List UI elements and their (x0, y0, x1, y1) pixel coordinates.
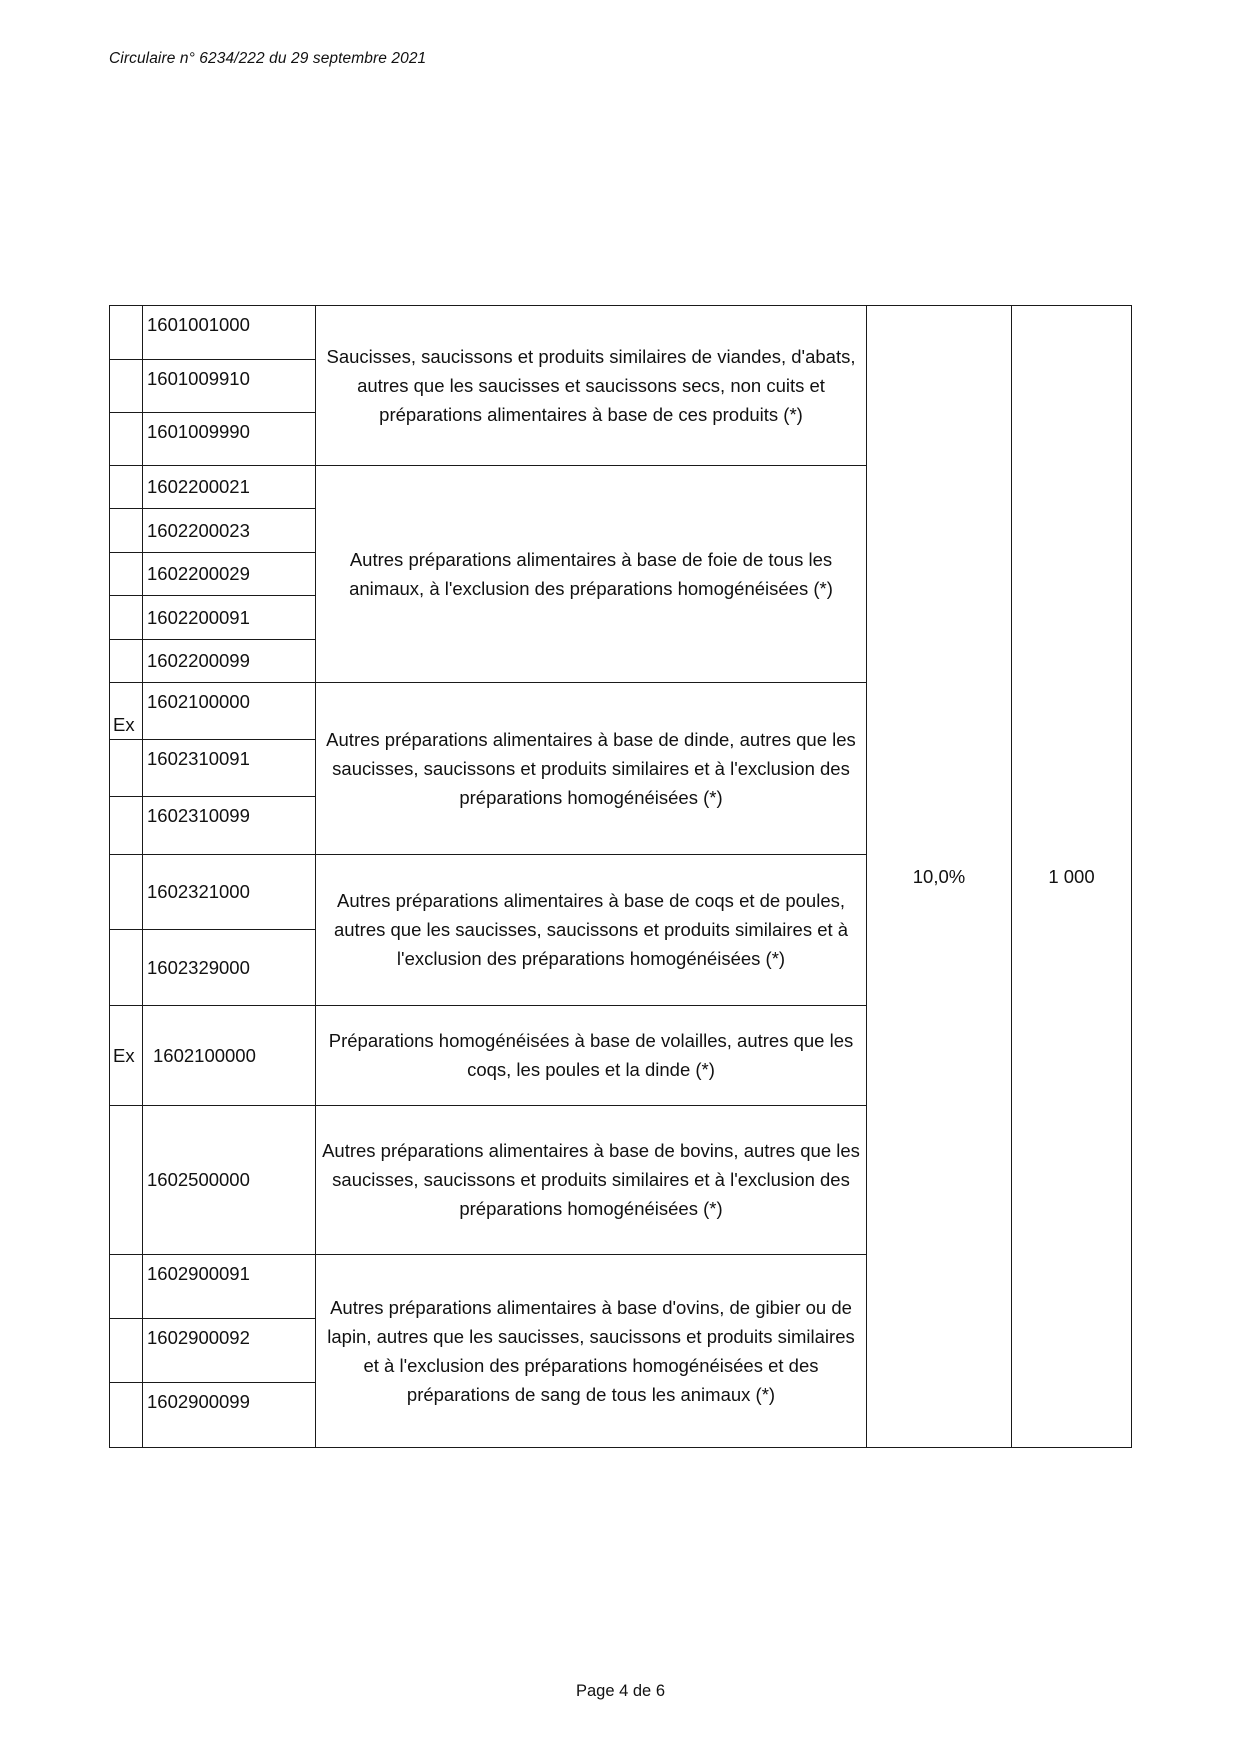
ex-marker-cell (110, 797, 143, 855)
ex-marker-cell (110, 596, 143, 640)
tariff-code-cell: 1602310099 (143, 797, 316, 855)
tariff-code-cell: 1602310091 (143, 739, 316, 797)
tariff-code: 1602900099 (147, 1383, 315, 1416)
tariff-code-cell: 1601001000 (143, 306, 316, 360)
tariff-code: 1602900091 (147, 1255, 315, 1288)
ex-marker-cell (110, 306, 143, 360)
tariff-code-cell: 1602200099 (143, 639, 316, 683)
tariff-code-cell: 1602100000 (143, 683, 316, 740)
tariff-code: 1602100000 (147, 683, 315, 716)
ex-marker-cell (110, 739, 143, 797)
tariff-code: 1601009910 (147, 360, 315, 393)
tariff-code: 1602100000 (153, 1045, 256, 1066)
ex-marker-cell (110, 412, 143, 465)
tariff-code: 1602200091 (147, 607, 250, 628)
tariff-code: 1601001000 (147, 306, 315, 339)
product-description-cell: Autres préparations alimentaires à base … (316, 854, 867, 1006)
product-description-cell: Saucisses, saucissons et produits simila… (316, 306, 867, 466)
product-description-cell: Autres préparations alimentaires à base … (316, 465, 867, 683)
ex-marker-cell (110, 1382, 143, 1448)
tariff-code-cell: 1602200023 (143, 509, 316, 553)
ex-marker-cell: Ex (110, 683, 143, 740)
product-description-cell: Autres préparations alimentaires à base … (316, 1105, 867, 1255)
tariff-code-cell: 1602329000 (143, 929, 316, 1006)
product-description-cell: Autres préparations alimentaires à base … (316, 683, 867, 855)
document-header: Circulaire n° 6234/222 du 29 septembre 2… (109, 50, 426, 68)
tariff-code: 1602321000 (147, 881, 250, 902)
tariff-code: 1602900092 (147, 1319, 315, 1352)
tariff-code-cell: 1602900099 (143, 1382, 316, 1448)
ex-marker-cell (110, 1105, 143, 1255)
ex-marker-cell (110, 509, 143, 553)
tariff-code: 1602310091 (147, 740, 315, 773)
tariff-code: 1602200029 (147, 563, 250, 584)
tariff-code: 1602329000 (147, 957, 250, 978)
quantity-cell: 1 000 (1012, 306, 1132, 1448)
tariff-code: 1602200021 (147, 476, 250, 497)
ex-marker-cell (110, 639, 143, 683)
ex-marker-cell (110, 854, 143, 929)
tariff-code-cell: 1602500000 (143, 1105, 316, 1255)
ex-marker-cell (110, 552, 143, 596)
ex-marker-cell (110, 929, 143, 1006)
tariff-code-cell: 1602100000 (143, 1006, 316, 1106)
tariff-table: 1601001000Saucisses, saucissons et produ… (109, 305, 1132, 1448)
tariff-code-cell: 1602900091 (143, 1255, 316, 1319)
page-number: Page 4 de 6 (0, 1682, 1241, 1701)
ex-marker-cell (110, 1255, 143, 1319)
tariff-code-cell: 1602321000 (143, 854, 316, 929)
tariff-code-cell: 1601009990 (143, 412, 316, 465)
tariff-code-cell: 1602900092 (143, 1318, 316, 1382)
ex-marker-cell: Ex (110, 1006, 143, 1106)
ex-marker-cell (110, 1318, 143, 1382)
product-description-cell: Préparations homogénéisées à base de vol… (316, 1006, 867, 1106)
ex-marker-cell (110, 359, 143, 412)
ex-marker-cell (110, 465, 143, 509)
tariff-code: 1602200099 (147, 650, 250, 671)
tariff-code: 1602200023 (147, 520, 250, 541)
table-row: 1601001000Saucisses, saucissons et produ… (110, 306, 1132, 360)
tariff-code: 1602310099 (147, 797, 315, 830)
duty-rate-cell: 10,0% (867, 306, 1012, 1448)
tariff-code-cell: 1602200021 (143, 465, 316, 509)
product-description-cell: Autres préparations alimentaires à base … (316, 1255, 867, 1448)
tariff-code-cell: 1602200091 (143, 596, 316, 640)
tariff-table-body: 1601001000Saucisses, saucissons et produ… (110, 306, 1132, 1448)
tariff-code-cell: 1602200029 (143, 552, 316, 596)
tariff-code-cell: 1601009910 (143, 359, 316, 412)
tariff-code: 1601009990 (147, 413, 315, 446)
tariff-code: 1602500000 (147, 1169, 250, 1190)
